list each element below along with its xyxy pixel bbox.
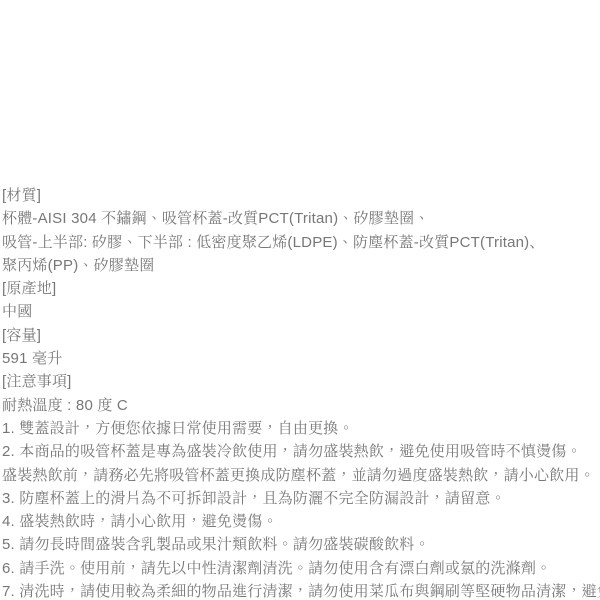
origin-value: 中國 — [2, 300, 594, 323]
note-item-6: 6. 請手洗。使用前，請先以中性清潔劑清洗。請勿使用含有漂白劑或氯的洗滌劑。 — [2, 557, 594, 580]
materials-line-3: 聚丙烯(PP)、矽膠墊圈 — [2, 254, 594, 277]
product-description: [材質] 杯體-AISI 304 不鏽鋼、吸管杯蓋-改質PCT(Tritan)、… — [0, 0, 600, 600]
note-item-2: 2. 本商品的吸管杯蓋是專為盛裝冷飲使用，請勿盛裝熱飲，避免使用吸管時不慎燙傷。 — [2, 440, 594, 463]
note-item-3: 3. 防塵杯蓋上的滑片為不可拆卸設計，且為防灑不完全防漏設計，請留意。 — [2, 487, 594, 510]
notes-header: [注意事項] — [2, 370, 594, 393]
heat-tolerance-line: 耐熱溫度 : 80 度 C — [2, 394, 594, 417]
note-item-7: 7. 清洗時，請使用較為柔細的物品進行清潔，請勿使用菜瓜布與鋼刷等堅硬物品清潔，… — [2, 580, 594, 600]
note-item-1: 1. 雙蓋設計，方便您依據日常使用需要，自由更換。 — [2, 417, 594, 440]
capacity-header: [容量] — [2, 324, 594, 347]
note-item-4: 4. 盛裝熱飲時，請小心飲用，避免燙傷。 — [2, 510, 594, 533]
materials-line-1: 杯體-AISI 304 不鏽鋼、吸管杯蓋-改質PCT(Tritan)、矽膠墊圈、 — [2, 207, 594, 230]
note-item-5: 5. 請勿長時間盛裝含乳製品或果汁類飲料。請勿盛裝碳酸飲料。 — [2, 533, 594, 556]
origin-header: [原產地] — [2, 277, 594, 300]
materials-line-2: 吸管-上半部: 矽膠、下半部 : 低密度聚乙烯(LDPE)、防塵杯蓋-改質PCT… — [2, 231, 594, 254]
materials-header: [材質] — [2, 184, 594, 207]
capacity-value: 591 毫升 — [2, 347, 594, 370]
note-item-2-continued: 盛裝熱飲前，請務必先將吸管杯蓋更換成防塵杯蓋，並請勿過度盛裝熱飲，請小心飲用。 — [2, 464, 594, 487]
